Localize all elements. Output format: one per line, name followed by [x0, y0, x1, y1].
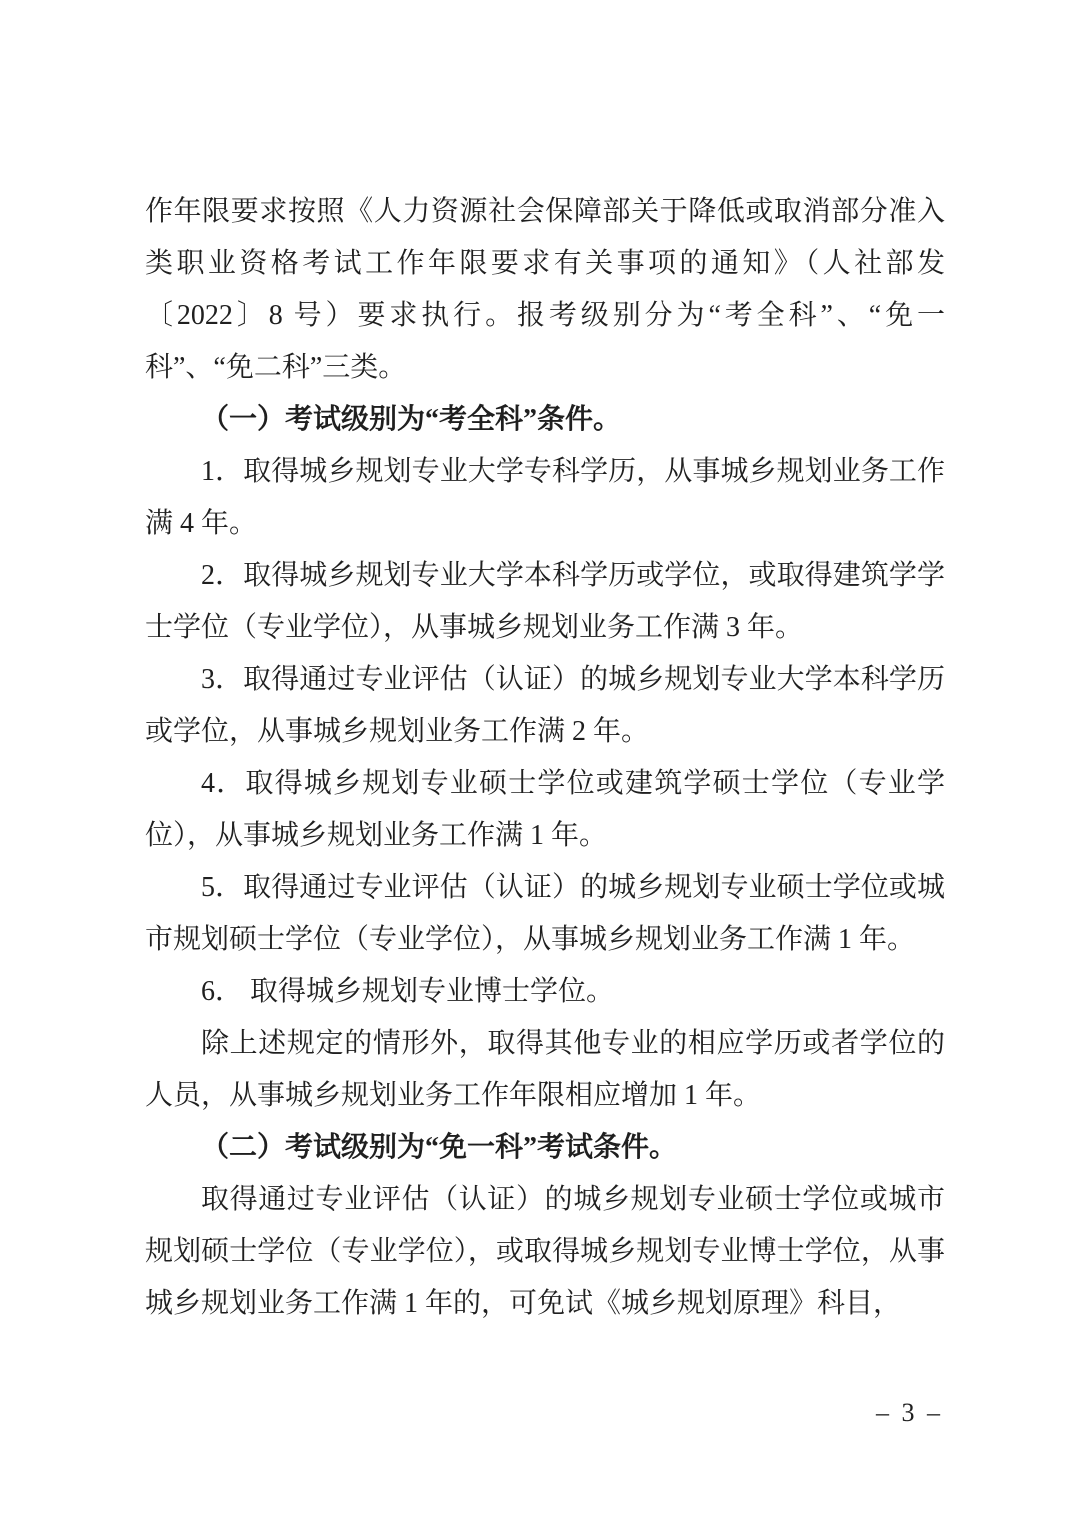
list-item-5: 5．取得通过专业评估（认证）的城乡规划专业硕士学位或城市规划硕士学位（专业学位）…: [145, 862, 945, 966]
list-item-2: 2．取得城乡规划专业大学本科学历或学位，或取得建筑学学士学位（专业学位），从事城…: [145, 550, 945, 654]
list-item-3: 3．取得通过专业评估（认证）的城乡规划专业大学本科学历或学位，从事城乡规划业务工…: [145, 654, 945, 758]
document-page: 作年限要求按照《人力资源社会保障部关于降低或取消部分准入类职业资格考试工作年限要…: [0, 0, 1076, 1520]
list-item-1: 1．取得城乡规划专业大学专科学历，从事城乡规划业务工作满 4 年。: [145, 446, 945, 550]
section-heading-2: （二）考试级别为“免一科”考试条件。: [145, 1122, 945, 1174]
paragraph-continuation: 作年限要求按照《人力资源社会保障部关于降低或取消部分准入类职业资格考试工作年限要…: [145, 186, 945, 394]
list-item-4: 4．取得城乡规划专业硕士学位或建筑学硕士学位（专业学位），从事城乡规划业务工作满…: [145, 758, 945, 862]
list-item-6: 6． 取得城乡规划专业博士学位。: [145, 966, 945, 1018]
paragraph-exemption: 取得通过专业评估（认证）的城乡规划专业硕士学位或城市规划硕士学位（专业学位），或…: [145, 1174, 945, 1330]
paragraph-other-majors: 除上述规定的情形外，取得其他专业的相应学历或者学位的人员，从事城乡规划业务工作年…: [145, 1018, 945, 1122]
section-heading-1: （一）考试级别为“考全科”条件。: [145, 394, 945, 446]
page-number: – 3 –: [876, 1398, 943, 1428]
document-body: 作年限要求按照《人力资源社会保障部关于降低或取消部分准入类职业资格考试工作年限要…: [145, 186, 945, 1330]
